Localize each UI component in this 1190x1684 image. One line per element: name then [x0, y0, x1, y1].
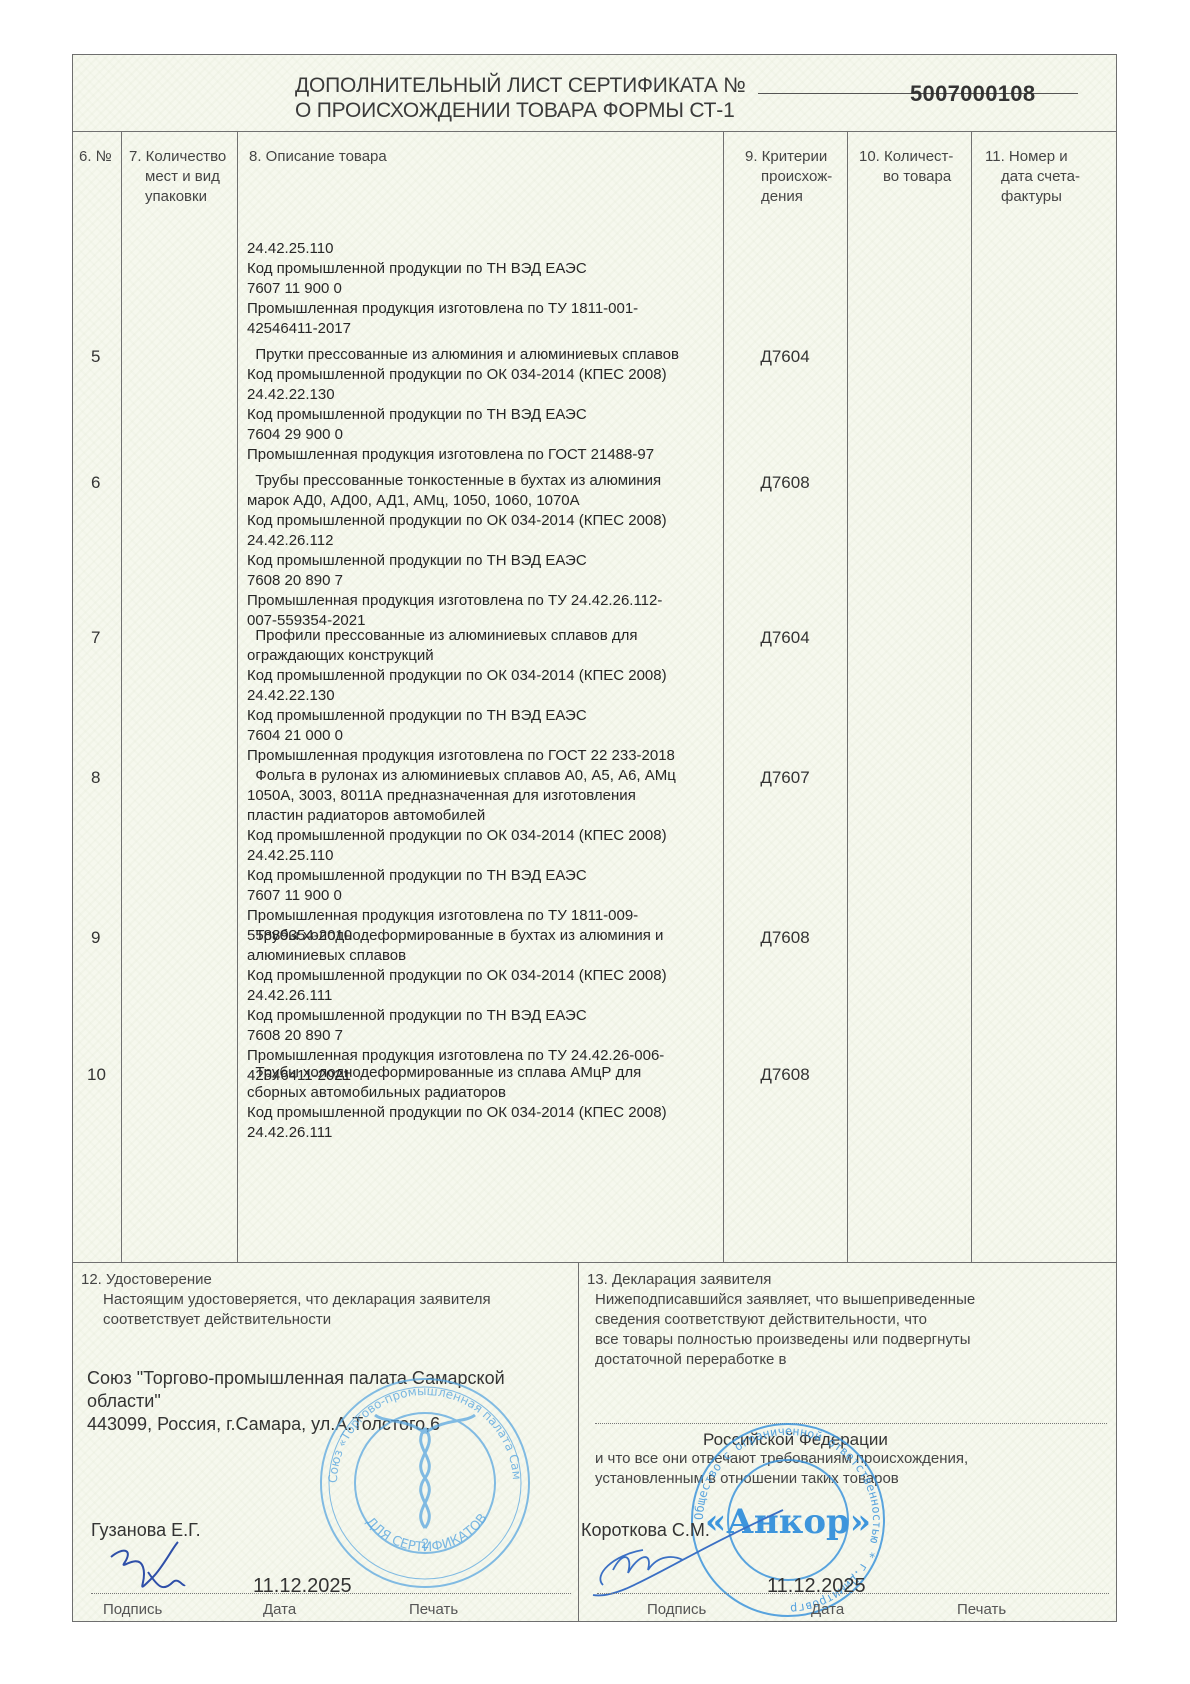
section12-text: Настоящим удостоверяется, что декларация…: [103, 1290, 491, 1330]
certificate-sheet: ДОПОЛНИТЕЛЬНЫЙ ЛИСТ СЕРТИФИКАТА № О ПРОИ…: [72, 54, 1117, 1622]
section13-title: 13. Декларация заявителя: [587, 1270, 771, 1290]
col-divider-9-10: [847, 131, 848, 1262]
row-description: Трубы холоднодеформированные в бухтах из…: [247, 926, 667, 1086]
row-number: 10: [87, 1065, 106, 1085]
title-line-1: ДОПОЛНИТЕЛЬНЫЙ ЛИСТ СЕРТИФИКАТА №: [295, 73, 746, 98]
label-date-13: Дата: [811, 1601, 844, 1618]
applicant-date: 11.12.2025: [767, 1575, 866, 1598]
row-origin-criterion: Д7608: [715, 1065, 855, 1085]
document-title: ДОПОЛНИТЕЛЬНЫЙ ЛИСТ СЕРТИФИКАТА № О ПРОИ…: [295, 73, 746, 123]
row-origin-criterion: Д7604: [715, 628, 855, 648]
row-number: 5: [91, 347, 100, 367]
row-origin-criterion: Д7607: [715, 768, 855, 788]
label-date-12: Дата: [263, 1601, 296, 1618]
col-divider-8-9: [723, 131, 724, 1262]
col-divider-6-7: [121, 131, 122, 1262]
row-number: 7: [91, 628, 100, 648]
row-description: Трубы холоднодеформированные из сплава А…: [247, 1063, 667, 1143]
column-header-no: 6. №: [79, 147, 112, 167]
col-divider-7-8: [237, 131, 238, 1262]
row-description: Трубы прессованные тонкостенные в бухтах…: [247, 471, 667, 631]
row-origin-criterion: Д7608: [715, 473, 855, 493]
row-origin-criterion: Д7608: [715, 928, 855, 948]
certificate-number: 5007000108: [910, 81, 1035, 107]
label-signature-13: Подпись: [647, 1601, 706, 1618]
row-number: 6: [91, 473, 100, 493]
row-number: 9: [91, 928, 100, 948]
column-header-criteria: 9. Критерии происхож- дения: [745, 147, 832, 207]
row-description: Профили прессованные из алюминиевых спла…: [247, 626, 675, 766]
label-seal-13: Печать: [957, 1601, 1006, 1618]
column-header-description: 8. Описание товара: [249, 147, 387, 167]
row-description: Прутки прессованные из алюминия и алюмин…: [247, 345, 679, 465]
col-divider-10-11: [971, 131, 972, 1262]
title-line-2: О ПРОИСХОЖДЕНИИ ТОВАРА ФОРМЫ СТ-1: [295, 98, 746, 123]
tpp-seal-stamp: Союз «Торгово-промышленная палата Самарс…: [315, 1373, 535, 1593]
svg-text:2: 2: [421, 1535, 429, 1551]
certifier-signature: [103, 1537, 193, 1607]
column-header-invoice: 11. Номер и дата счета- фактуры: [985, 147, 1080, 207]
continuation-description: 24.42.25.110 Код промышленной продукции …: [247, 239, 638, 339]
declaration-divider: [73, 1262, 1116, 1263]
column-header-packages: 7. Количество мест и вид упаковки: [129, 147, 226, 207]
row-origin-criterion: Д7604: [715, 347, 855, 367]
row-description: Фольга в рулонах из алюминиевых сплавов …: [247, 766, 676, 946]
label-signature-12: Подпись: [103, 1601, 162, 1618]
row-number: 8: [91, 768, 100, 788]
column-header-quantity: 10. Количест- во товара: [859, 147, 953, 187]
section13-text: Нижеподписавшийся заявляет, что вышеприв…: [595, 1290, 975, 1370]
section-divider-12-13: [578, 1262, 579, 1622]
header-divider: [73, 131, 1116, 132]
certifier-date: 11.12.2025: [253, 1575, 352, 1598]
label-seal-12: Печать: [409, 1601, 458, 1618]
section12-title: 12. Удостоверение: [81, 1270, 212, 1290]
